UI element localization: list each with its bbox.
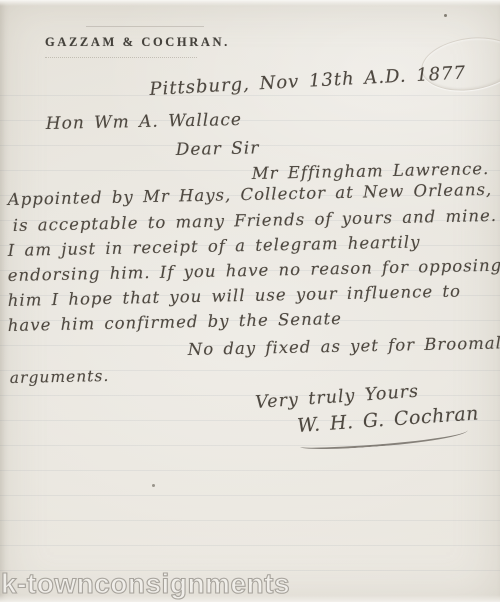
- paper-speck: [152, 484, 155, 487]
- letter-photo: GAZZAM & COCHRAN. Pittsburg, Nov 13th A.…: [0, 0, 500, 602]
- letterhead-rule-bottom: [45, 57, 197, 58]
- seller-watermark: k-townconsignments: [1, 568, 290, 600]
- paper-speck: [444, 14, 447, 17]
- recipient-line: Hon Wm A. Wallace: [46, 110, 243, 134]
- letterhead-rule-top: [86, 26, 204, 27]
- postscript-line: arguments.: [10, 367, 110, 387]
- photo-top-edge: [0, 0, 500, 6]
- salutation: Dear Sir: [176, 138, 260, 160]
- letterhead: GAZZAM & COCHRAN.: [45, 35, 230, 50]
